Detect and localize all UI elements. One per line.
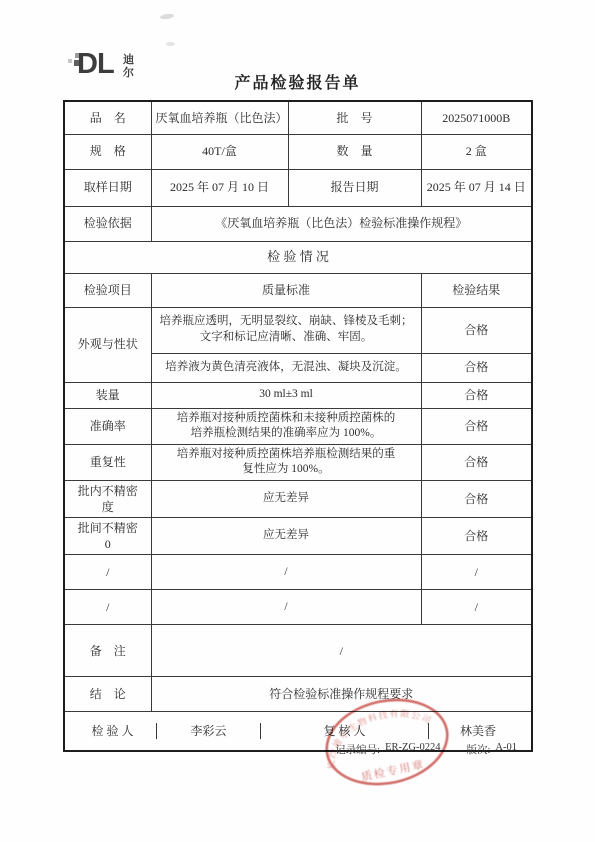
result-repeatability: 合格: [421, 444, 532, 480]
version-label: 版次:: [466, 742, 490, 757]
batch-no-value: 2025071000B: [421, 101, 532, 134]
standard-blank-2: /: [151, 590, 421, 625]
standard-intra-imprecision: 应无差异: [151, 480, 421, 517]
col-header-standard: 质量标准: [151, 273, 421, 307]
item-blank-1: /: [64, 555, 151, 590]
col-header-result: 检验结果: [421, 273, 532, 307]
sampling-date-label: 取样日期: [64, 169, 151, 206]
reviewer-label: 复 核 人: [261, 723, 429, 739]
standard-appearance-1: 培养瓶应透明，无明显裂纹、崩缺、锋棱及毛刺； 文字和标记应清晰、准确、牢固。: [151, 307, 421, 353]
quantity-value: 2 盒: [421, 134, 532, 169]
spec-value: 40T/盒: [151, 134, 288, 169]
result-appearance-2: 合格: [421, 353, 532, 382]
conclusion-label: 结 论: [64, 677, 151, 712]
stamp-label-text: 质检专用章: [360, 757, 426, 784]
result-blank-1: /: [421, 555, 532, 590]
result-accuracy: 合格: [421, 408, 532, 444]
sampling-date-value: 2025 年 07 月 10 日: [151, 169, 288, 206]
item-accuracy: 准确率: [64, 408, 151, 444]
item-blank-2: /: [64, 590, 151, 625]
product-name-label: 品 名: [64, 101, 151, 134]
remark-label: 备 注: [64, 625, 151, 677]
logo-cn-top: 迪: [123, 54, 134, 67]
result-appearance-1: 合格: [421, 307, 532, 353]
item-repeatability: 重复性: [64, 444, 151, 480]
page-title: 产品检验报告单: [0, 70, 595, 93]
item-intra-imprecision: 批内不精密 度: [64, 480, 151, 517]
col-header-item: 检验项目: [64, 273, 151, 307]
batch-no-label: 批 号: [288, 101, 421, 134]
report-date-label: 报告日期: [288, 169, 421, 206]
basis-value: 《厌氧血培养瓶（比色法）检验标准操作规程》: [151, 206, 532, 241]
inspection-report-page: DL 迪 尔 产品检验报告单 品 名 厌氧血培养瓶（比色法） 批 号 20250…: [0, 0, 595, 842]
result-intra-imprecision: 合格: [421, 480, 532, 517]
record-footer: 记录编号: ER-ZG-0224 版次: A-01: [63, 742, 531, 757]
scan-smudge: [166, 42, 175, 46]
inspector-name: 李彩云: [157, 723, 261, 739]
conclusion-value: 符合检验标准操作规程要求: [151, 677, 532, 712]
standard-repeatability: 培养瓶对接种质控菌株培养瓶检测结果的重 复性应为 100%。: [151, 444, 421, 480]
record-no-value: ER-ZG-0224: [385, 742, 440, 757]
standard-volume: 30 ml±3 ml: [151, 382, 421, 408]
quantity-label: 数 量: [288, 134, 421, 169]
logo-pixel-icon: [68, 59, 72, 63]
standard-appearance-2: 培养液为黄色清亮液体，无混浊、凝块及沉淀。: [151, 353, 421, 382]
result-blank-2: /: [421, 590, 532, 625]
item-inter-imprecision: 批间不精密 0: [64, 517, 151, 554]
standard-inter-imprecision: 应无差异: [151, 517, 421, 554]
remark-value: /: [151, 625, 532, 677]
version-value: A-01: [495, 742, 517, 757]
basis-label: 检验依据: [64, 206, 151, 241]
record-no-label: 记录编号:: [335, 742, 380, 757]
item-appearance: 外观与性状: [64, 307, 151, 382]
section-header: 检 验 情 况: [64, 241, 532, 273]
item-volume: 装量: [64, 382, 151, 408]
result-volume: 合格: [421, 382, 532, 408]
spec-label: 规 格: [64, 134, 151, 169]
report-date-value: 2025 年 07 月 14 日: [421, 169, 532, 206]
standard-accuracy: 培养瓶对接种质控菌株和未接种质控菌株的 培养瓶检测结果的准确率应为 100%。: [151, 408, 421, 444]
standard-blank-1: /: [151, 555, 421, 590]
inspector-label: 检 验 人: [69, 723, 157, 739]
inspection-table: 品 名 厌氧血培养瓶（比色法） 批 号 2025071000B 规 格 40T/…: [63, 100, 533, 752]
result-inter-imprecision: 合格: [421, 517, 532, 554]
scan-smudge: [160, 13, 175, 20]
reviewer-name: 林美香: [429, 723, 527, 739]
product-name-value: 厌氧血培养瓶（比色法）: [151, 101, 288, 134]
